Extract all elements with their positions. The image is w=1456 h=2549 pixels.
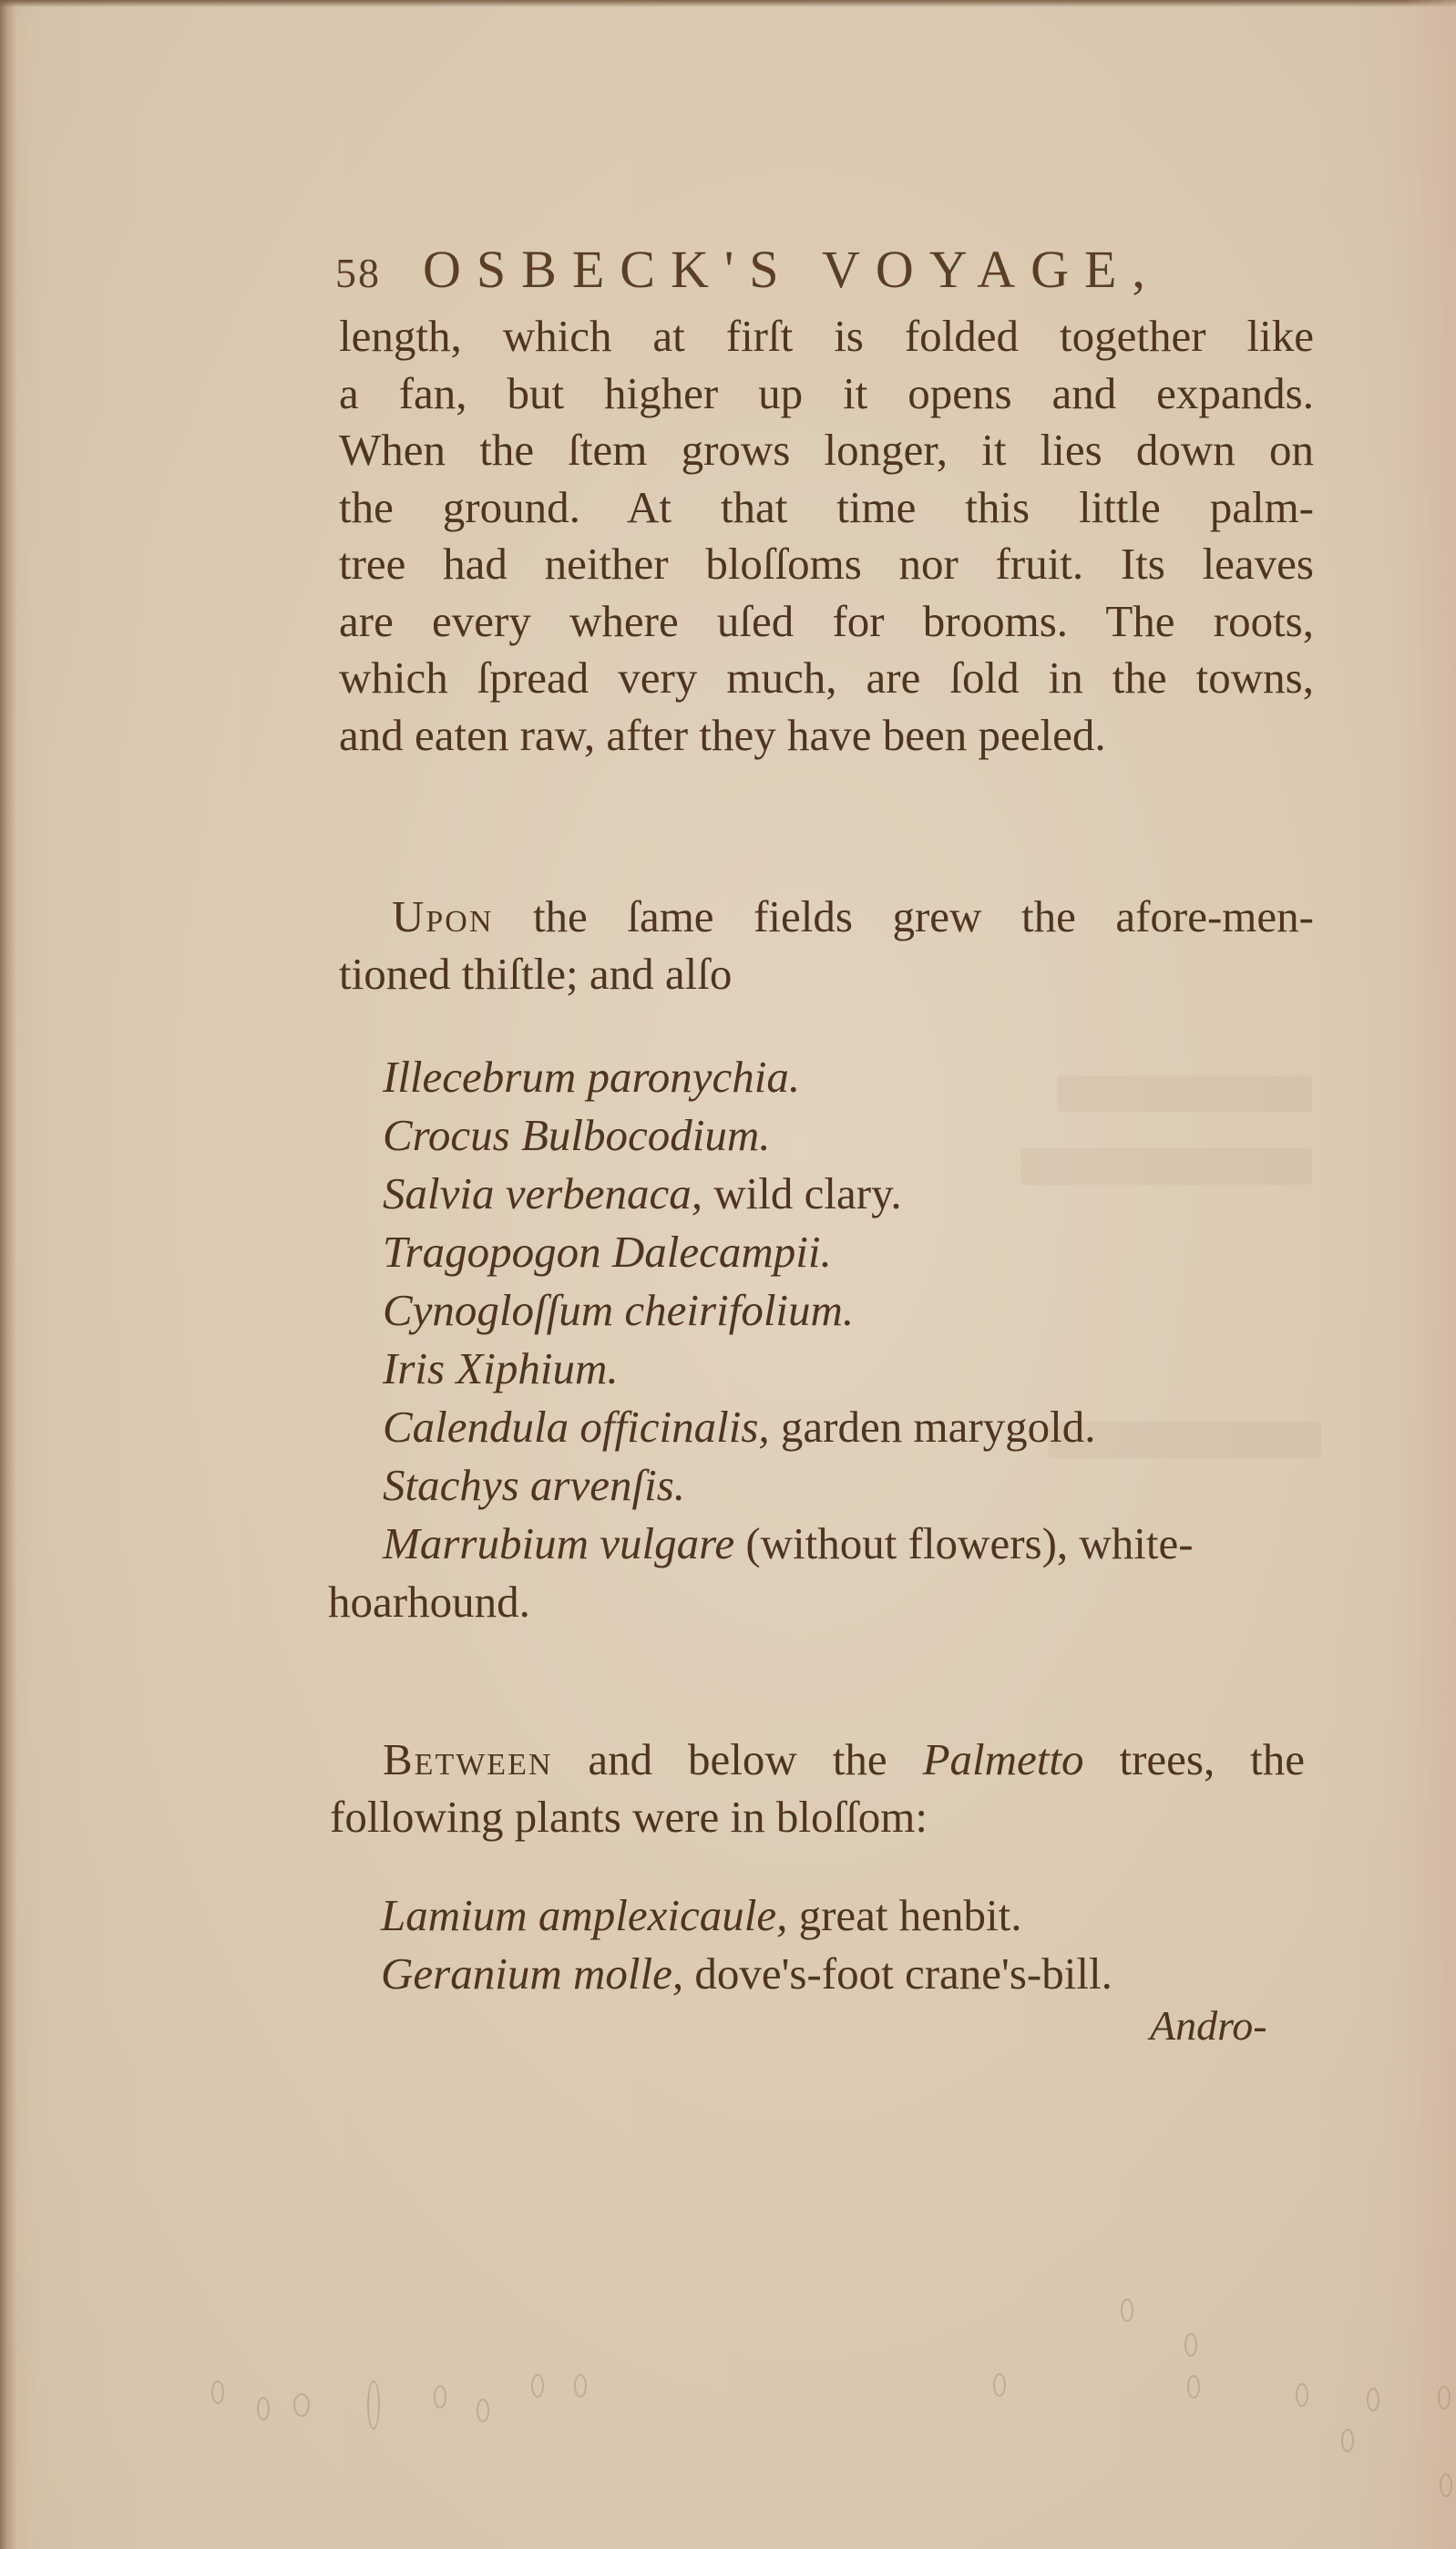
paper-speck (367, 2380, 380, 2430)
line-rest: the ſame fields grew the afore-men- (493, 891, 1314, 941)
book-page: 58 OSBECK'S VOYAGE, length, which at fir… (0, 0, 1456, 2549)
page-number: 58 (335, 249, 381, 297)
lead-word: Upon (392, 891, 493, 941)
paper-speck (993, 2373, 1006, 2397)
plant-item: Stachys arvenſis. (383, 1456, 1321, 1515)
latin-name: Cynogloſſum cheirifolium. (383, 1285, 854, 1335)
plant-list-fields: Illecebrum paronychia. Crocus Bulbocodiu… (383, 1048, 1321, 1631)
line-mid: and below the (552, 1734, 922, 1784)
paper-speck (1438, 2386, 1451, 2410)
paper-speck (293, 2393, 310, 2417)
page-binding-edge (0, 0, 16, 2549)
catchword: Andro- (1150, 2001, 1267, 2050)
paper-speck (257, 2397, 270, 2421)
paper-speck (1296, 2383, 1308, 2407)
paper-speck (1187, 2375, 1200, 2399)
paper-speck (1440, 2473, 1452, 2497)
paragraph-palmetto: Between and below the Palmetto trees, th… (330, 1732, 1305, 1845)
latin-name: Tragopogon Dalecampii. (383, 1227, 832, 1277)
paper-speck (1341, 2429, 1354, 2452)
common-name: garden marygold. (770, 1402, 1096, 1452)
paragraph-palm-description: length, which at firſt is folded togethe… (339, 308, 1314, 764)
paper-speck (434, 2385, 446, 2409)
latin-name: Geranium molle, (381, 1948, 683, 1999)
latin-name: Marrubium vulgare (383, 1518, 734, 1568)
latin-name: Salvia verbenaca, (383, 1168, 702, 1218)
plant-item: Crocus Bulbocodium. (383, 1106, 1321, 1165)
paper-speck (1121, 2298, 1133, 2322)
plant-item: Geranium molle, dove's-foot crane's-bill… (381, 1945, 1319, 2003)
paper-speck (211, 2380, 224, 2404)
plant-item-continuation: hoarhound. (328, 1573, 1321, 1631)
plant-item: Calendula officinalis, garden marygold. (383, 1398, 1321, 1456)
plant-item: Cynogloſſum cheirifolium. (383, 1281, 1321, 1340)
plant-item: Illecebrum paronychia. (383, 1048, 1321, 1106)
common-name: dove's-foot crane's-bill. (683, 1948, 1113, 1999)
plant-item: Tragopogon Dalecampii. (383, 1223, 1321, 1281)
plant-item: Salvia verbenaca, wild clary. (383, 1165, 1321, 1223)
paper-speck (574, 2374, 587, 2398)
palmetto-italic: Palmetto (923, 1734, 1084, 1784)
paper-speck (1184, 2333, 1197, 2357)
latin-name: Iris Xiphium. (383, 1343, 619, 1393)
latin-name: Calendula officinalis, (383, 1402, 770, 1452)
plant-list-palmetto: Lamium amplexicaule, great henbit. Geran… (381, 1886, 1319, 2003)
running-head: OSBECK'S VOYAGE, (423, 239, 1161, 300)
latin-name: Lamium amplexicaule, (381, 1890, 787, 1940)
latin-name: Illecebrum paronychia. (383, 1052, 800, 1102)
common-name: great henbit. (787, 1890, 1021, 1940)
line-end: trees, the (1084, 1734, 1306, 1784)
text-line: tree had neither bloſſoms nor fruit. Its… (339, 536, 1314, 593)
latin-name: Crocus Bulbocodium. (383, 1110, 771, 1160)
paper-speck (1367, 2388, 1379, 2411)
paper-speck (531, 2374, 544, 2398)
common-name: (without flowers), white- (734, 1518, 1194, 1568)
text-line: tioned thiſtle; and alſo (339, 946, 1314, 1003)
page-right-shade (1401, 0, 1456, 2549)
text-line: Upon the ſame fields grew the afore-men- (339, 889, 1314, 946)
common-name: wild clary. (702, 1168, 902, 1218)
paragraph-same-fields: Upon the ſame fields grew the afore-men-… (339, 889, 1314, 1002)
latin-name: Stachys arvenſis. (383, 1460, 685, 1510)
plant-item: Marrubium vulgare (without flowers), whi… (383, 1515, 1321, 1573)
text-line: which ſpread very much, are ſold in the … (339, 650, 1314, 707)
page-header: 58 OSBECK'S VOYAGE, (335, 239, 1301, 312)
text-line: Between and below the Palmetto trees, th… (330, 1732, 1305, 1789)
text-line: length, which at firſt is folded togethe… (339, 308, 1314, 365)
page-top-edge (0, 0, 1456, 7)
text-line: are every where uſed for brooms. The roo… (339, 593, 1314, 651)
text-line: following plants were in bloſſom: (330, 1789, 1305, 1846)
paper-speck (477, 2399, 489, 2422)
plant-item: Lamium amplexicaule, great henbit. (381, 1886, 1319, 1945)
text-line: a fan, but higher up it opens and expand… (339, 365, 1314, 423)
text-line: and eaten raw, after they have been peel… (339, 707, 1259, 765)
text-line: When the ſtem grows longer, it lies down… (339, 422, 1314, 479)
text-line: the ground. At that time this little pal… (339, 479, 1314, 537)
plant-item: Iris Xiphium. (383, 1340, 1321, 1398)
lead-word: Between (383, 1734, 552, 1784)
